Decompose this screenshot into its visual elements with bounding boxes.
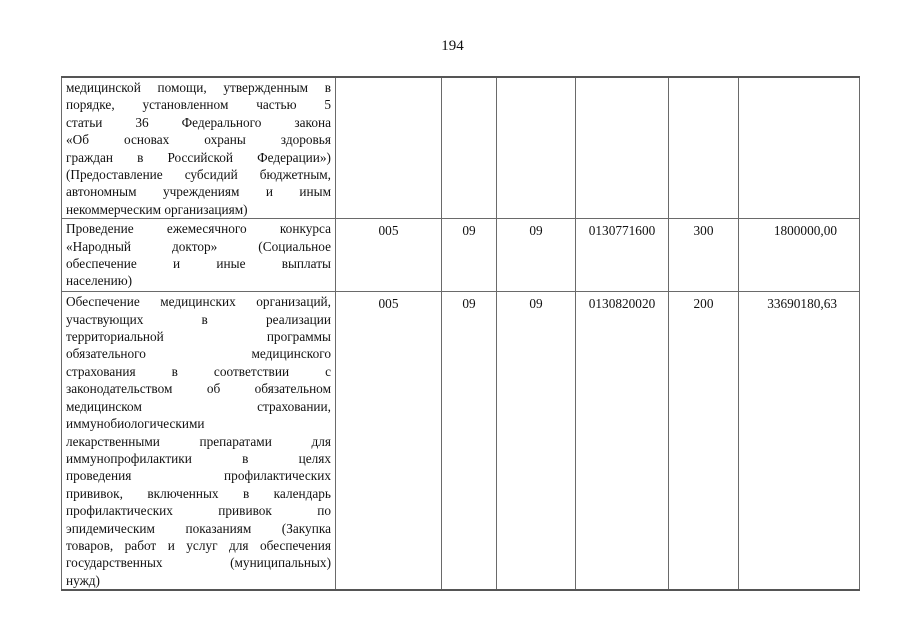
description-line: граждан в Российской Федерации») <box>66 149 331 166</box>
subsection-code-cell: 09 <box>497 219 576 292</box>
description-line: участвующих в реализации <box>66 311 331 328</box>
description-line: некоммерческим организациям) <box>66 201 331 218</box>
subsection-code-cell: 09 <box>497 292 576 590</box>
table-row: медицинской помощи, утвержденным впорядк… <box>62 77 860 219</box>
expense-type-cell: 300 <box>669 219 739 292</box>
description-line: нужд) <box>66 572 331 589</box>
description-line: законодательством об обязательном <box>66 380 331 397</box>
amount-cell <box>739 77 860 219</box>
target-article-cell: 0130771600 <box>576 219 669 292</box>
description-line: территориальной программы <box>66 328 331 345</box>
description-line: населению) <box>66 272 331 289</box>
description-line: (Предоставление субсидий бюджетным, <box>66 166 331 183</box>
description-line: медицинской помощи, утвержденным в <box>66 79 331 96</box>
expense-type-cell <box>669 77 739 219</box>
description-cell: Обеспечение медицинских организаций,учас… <box>62 292 336 590</box>
expense-type-cell: 200 <box>669 292 739 590</box>
description-line: порядке, установленном частью 5 <box>66 96 331 113</box>
description-cell: медицинской помощи, утвержденным впорядк… <box>62 77 336 219</box>
description-line: иммунопрофилактики в целях <box>66 450 331 467</box>
target-article-cell <box>576 77 669 219</box>
description-line: иммунобиологическими <box>66 415 331 432</box>
description-line: медицинском страховании, <box>66 398 331 415</box>
description-line: страхования в соответствии с <box>66 363 331 380</box>
amount-cell: 1800000,00 <box>739 219 860 292</box>
table-row: Обеспечение медицинских организаций,учас… <box>62 292 860 590</box>
description-line: «Об основах охраны здоровья <box>66 131 331 148</box>
description-line: статьи 36 Федерального закона <box>66 114 331 131</box>
target-article-cell: 0130820020 <box>576 292 669 590</box>
ministry-code-cell <box>336 77 442 219</box>
description-line: товаров, работ и услуг для обеспечения <box>66 537 331 554</box>
amount-cell: 33690180,63 <box>739 292 860 590</box>
description-line: лекарственными препаратами для <box>66 433 331 450</box>
description-line: обязательного медицинского <box>66 345 331 362</box>
ministry-code-cell: 005 <box>336 219 442 292</box>
section-code-cell <box>442 77 497 219</box>
description-line: обеспечение и иные выплаты <box>66 255 331 272</box>
description-line: автономным учреждениям и иным <box>66 183 331 200</box>
description-line: эпидемическим показаниям (Закупка <box>66 520 331 537</box>
description-line: государственных (муниципальных) <box>66 554 331 571</box>
section-code-cell: 09 <box>442 219 497 292</box>
page-number: 194 <box>0 38 905 55</box>
budget-table: медицинской помощи, утвержденным впорядк… <box>61 76 860 591</box>
description-line: Проведение ежемесячного конкурса <box>66 220 331 237</box>
section-code-cell: 09 <box>442 292 497 590</box>
table-row: Проведение ежемесячного конкурса«Народны… <box>62 219 860 292</box>
description-cell: Проведение ежемесячного конкурса«Народны… <box>62 219 336 292</box>
description-line: проведения профилактических <box>66 467 331 484</box>
description-line: Обеспечение медицинских организаций, <box>66 293 331 310</box>
description-line: профилактических прививок по <box>66 502 331 519</box>
subsection-code-cell <box>497 77 576 219</box>
ministry-code-cell: 005 <box>336 292 442 590</box>
description-line: «Народный доктор» (Социальное <box>66 238 331 255</box>
description-line: прививок, включенных в календарь <box>66 485 331 502</box>
